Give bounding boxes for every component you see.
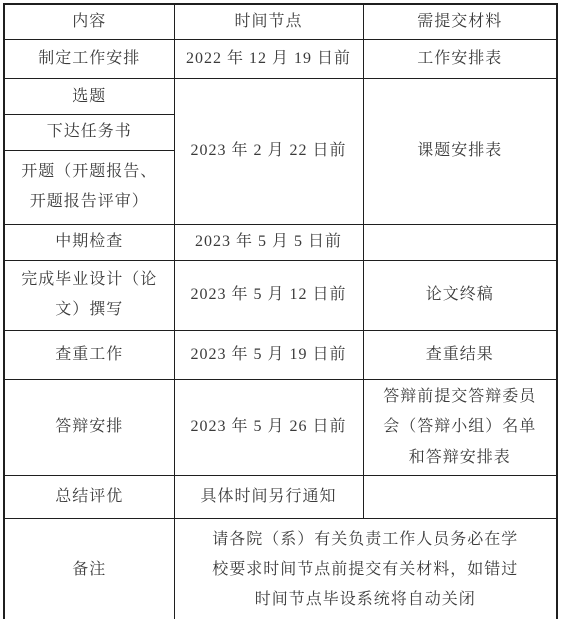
cell-defense-material: 答辩前提交答辩委员 会（答辩小组）名单 和答辩安排表 — [363, 379, 557, 475]
cell-summary-awards-time: 具体时间另行通知 — [174, 475, 363, 518]
row-work-plan: 制定工作安排 2022 年 12 月 19 日前 工作安排表 — [4, 40, 557, 79]
cell-remarks-note: 请各院（系）有关负责工作人员务必在学 校要求时间节点前提交有关材料，如错过 时间… — [174, 518, 557, 619]
cell-midterm-check-content: 中期检查 — [4, 224, 174, 260]
row-plagiarism-check: 查重工作 2023 年 5 月 19 日前 查重结果 — [4, 330, 557, 379]
cell-defense-time: 2023 年 5 月 26 日前 — [174, 379, 363, 475]
cell-plagiarism-check-content: 查重工作 — [4, 330, 174, 379]
cell-midterm-check-time: 2023 年 5 月 5 日前 — [174, 224, 363, 260]
cell-plagiarism-check-material: 查重结果 — [363, 330, 557, 379]
cell-topic-group-time: 2023 年 2 月 22 日前 — [174, 79, 363, 224]
cell-topic-group-material: 课题安排表 — [363, 79, 557, 224]
cell-midterm-check-material — [363, 224, 557, 260]
row-midterm-check: 中期检查 2023 年 5 月 5 日前 — [4, 224, 557, 260]
cell-work-plan-time: 2022 年 12 月 19 日前 — [174, 40, 363, 79]
cell-summary-awards-content: 总结评优 — [4, 475, 174, 518]
cell-work-plan-content: 制定工作安排 — [4, 40, 174, 79]
row-summary-awards: 总结评优 具体时间另行通知 — [4, 475, 557, 518]
cell-remarks-label: 备注 — [4, 518, 174, 619]
page: 内容 时间节点 需提交材料 制定工作安排 2022 年 12 月 19 日前 工… — [0, 0, 564, 619]
row-thesis-writing: 完成毕业设计（论 文）撰写 2023 年 5 月 12 日前 论文终稿 — [4, 260, 557, 330]
row-topic-selection: 选题 2023 年 2 月 22 日前 课题安排表 — [4, 79, 557, 115]
header-row: 内容 时间节点 需提交材料 — [4, 4, 557, 40]
header-cell-material: 需提交材料 — [363, 4, 557, 40]
cell-proposal-content: 开题（开题报告、 开题报告评审） — [4, 150, 174, 224]
cell-thesis-writing-time: 2023 年 5 月 12 日前 — [174, 260, 363, 330]
cell-topic-selection-content: 选题 — [4, 79, 174, 115]
cell-plagiarism-check-time: 2023 年 5 月 19 日前 — [174, 330, 363, 379]
cell-defense-content: 答辩安排 — [4, 379, 174, 475]
cell-thesis-writing-content: 完成毕业设计（论 文）撰写 — [4, 260, 174, 330]
row-remarks: 备注 请各院（系）有关负责工作人员务必在学 校要求时间节点前提交有关材料，如错过… — [4, 518, 557, 619]
header-cell-time: 时间节点 — [174, 4, 363, 40]
cell-thesis-writing-material: 论文终稿 — [363, 260, 557, 330]
header-cell-content: 内容 — [4, 4, 174, 40]
cell-work-plan-material: 工作安排表 — [363, 40, 557, 79]
graduation-schedule-table: 内容 时间节点 需提交材料 制定工作安排 2022 年 12 月 19 日前 工… — [3, 3, 558, 619]
row-defense: 答辩安排 2023 年 5 月 26 日前 答辩前提交答辩委员 会（答辩小组）名… — [4, 379, 557, 475]
cell-task-assignment-content: 下达任务书 — [4, 115, 174, 150]
cell-summary-awards-material — [363, 475, 557, 518]
